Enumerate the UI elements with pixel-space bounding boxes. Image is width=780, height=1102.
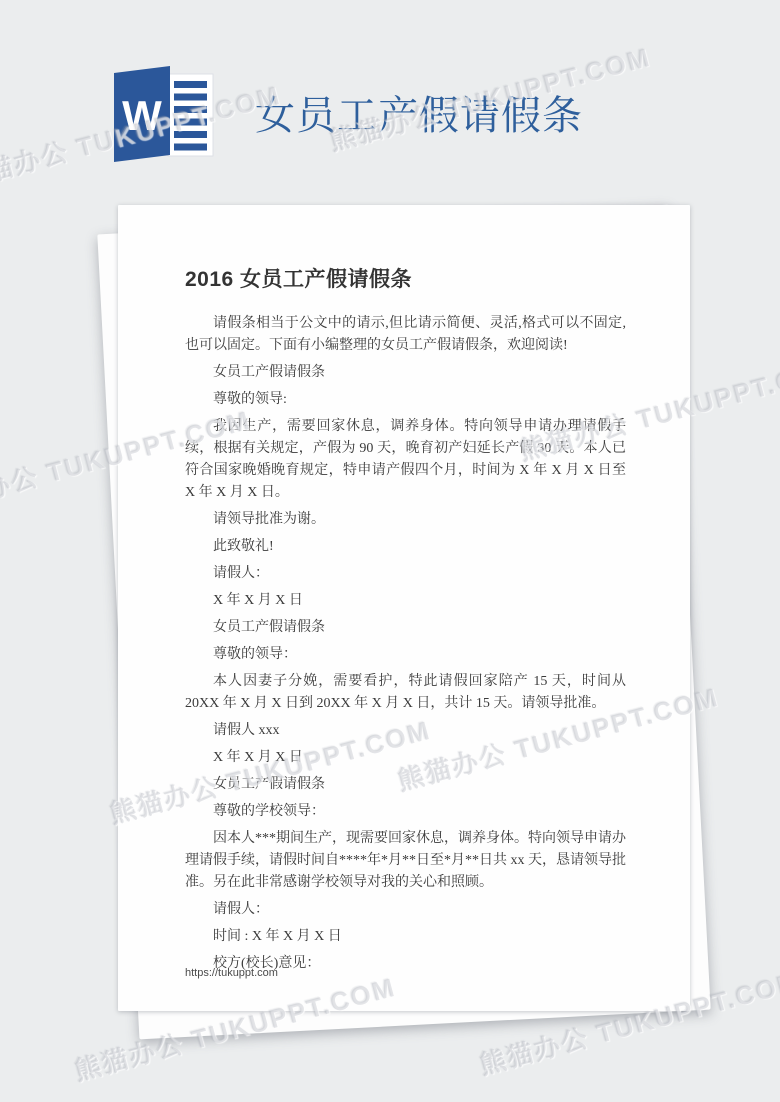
paragraph: 请领导批准为谢。 bbox=[185, 509, 626, 531]
paragraph: 因本人***期间生产，现需要回家休息，调养身体。特向领导申请办理请假手续，请假时… bbox=[185, 828, 626, 894]
paragraph: 请假人 xxx bbox=[185, 720, 626, 742]
paragraph: X 年 X 月 X 日 bbox=[185, 590, 626, 612]
paragraph: 尊敬的学校领导： bbox=[185, 801, 626, 823]
page-background: W 女员工产假请假条 2016 女员工产假请假条 请假条相当于公文中的请示,但比… bbox=[0, 0, 780, 1102]
paragraph: 本人因妻子分娩，需要看护，特此请假回家陪产 15 天，时间从 20XX 年 X … bbox=[185, 671, 626, 715]
paragraph: 请假条相当于公文中的请示,但比请示简便、灵活,格式可以不固定,也可以固定。下面有… bbox=[185, 313, 626, 357]
page-title: 女员工产假请假条 bbox=[255, 84, 583, 141]
paragraph: 女员工产假请假条 bbox=[185, 362, 626, 384]
paragraph: 女员工产假请假条 bbox=[185, 617, 626, 639]
header: W 女员工产假请假条 bbox=[0, 0, 780, 180]
paragraph: 我因生产，需要回家休息，调养身体。特向领导申请办理请假手续，根据有关规定，产假为… bbox=[185, 416, 626, 504]
paragraph: 此致敬礼! bbox=[185, 536, 626, 558]
paragraph: 尊敬的领导： bbox=[185, 644, 626, 666]
paragraph: 女员工产假请假条 bbox=[185, 774, 626, 796]
footer-url: https://tukuppt.com bbox=[185, 967, 278, 979]
paragraph: 尊敬的领导: bbox=[185, 389, 626, 411]
document-body: 请假条相当于公文中的请示,但比请示简便、灵活,格式可以不固定,也可以固定。下面有… bbox=[185, 313, 626, 975]
document-page: 2016 女员工产假请假条 请假条相当于公文中的请示,但比请示简便、灵活,格式可… bbox=[118, 205, 690, 1011]
paragraph: 时间 : X 年 X 月 X 日 bbox=[185, 926, 626, 948]
paragraph: 请假人： bbox=[185, 899, 626, 921]
word-icon: W bbox=[108, 60, 216, 162]
paragraph: 请假人： bbox=[185, 563, 626, 585]
paragraph: X 年 X 月 X 日 bbox=[185, 747, 626, 769]
word-icon-letter: W bbox=[122, 92, 162, 139]
document-title: 2016 女员工产假请假条 bbox=[185, 265, 626, 295]
